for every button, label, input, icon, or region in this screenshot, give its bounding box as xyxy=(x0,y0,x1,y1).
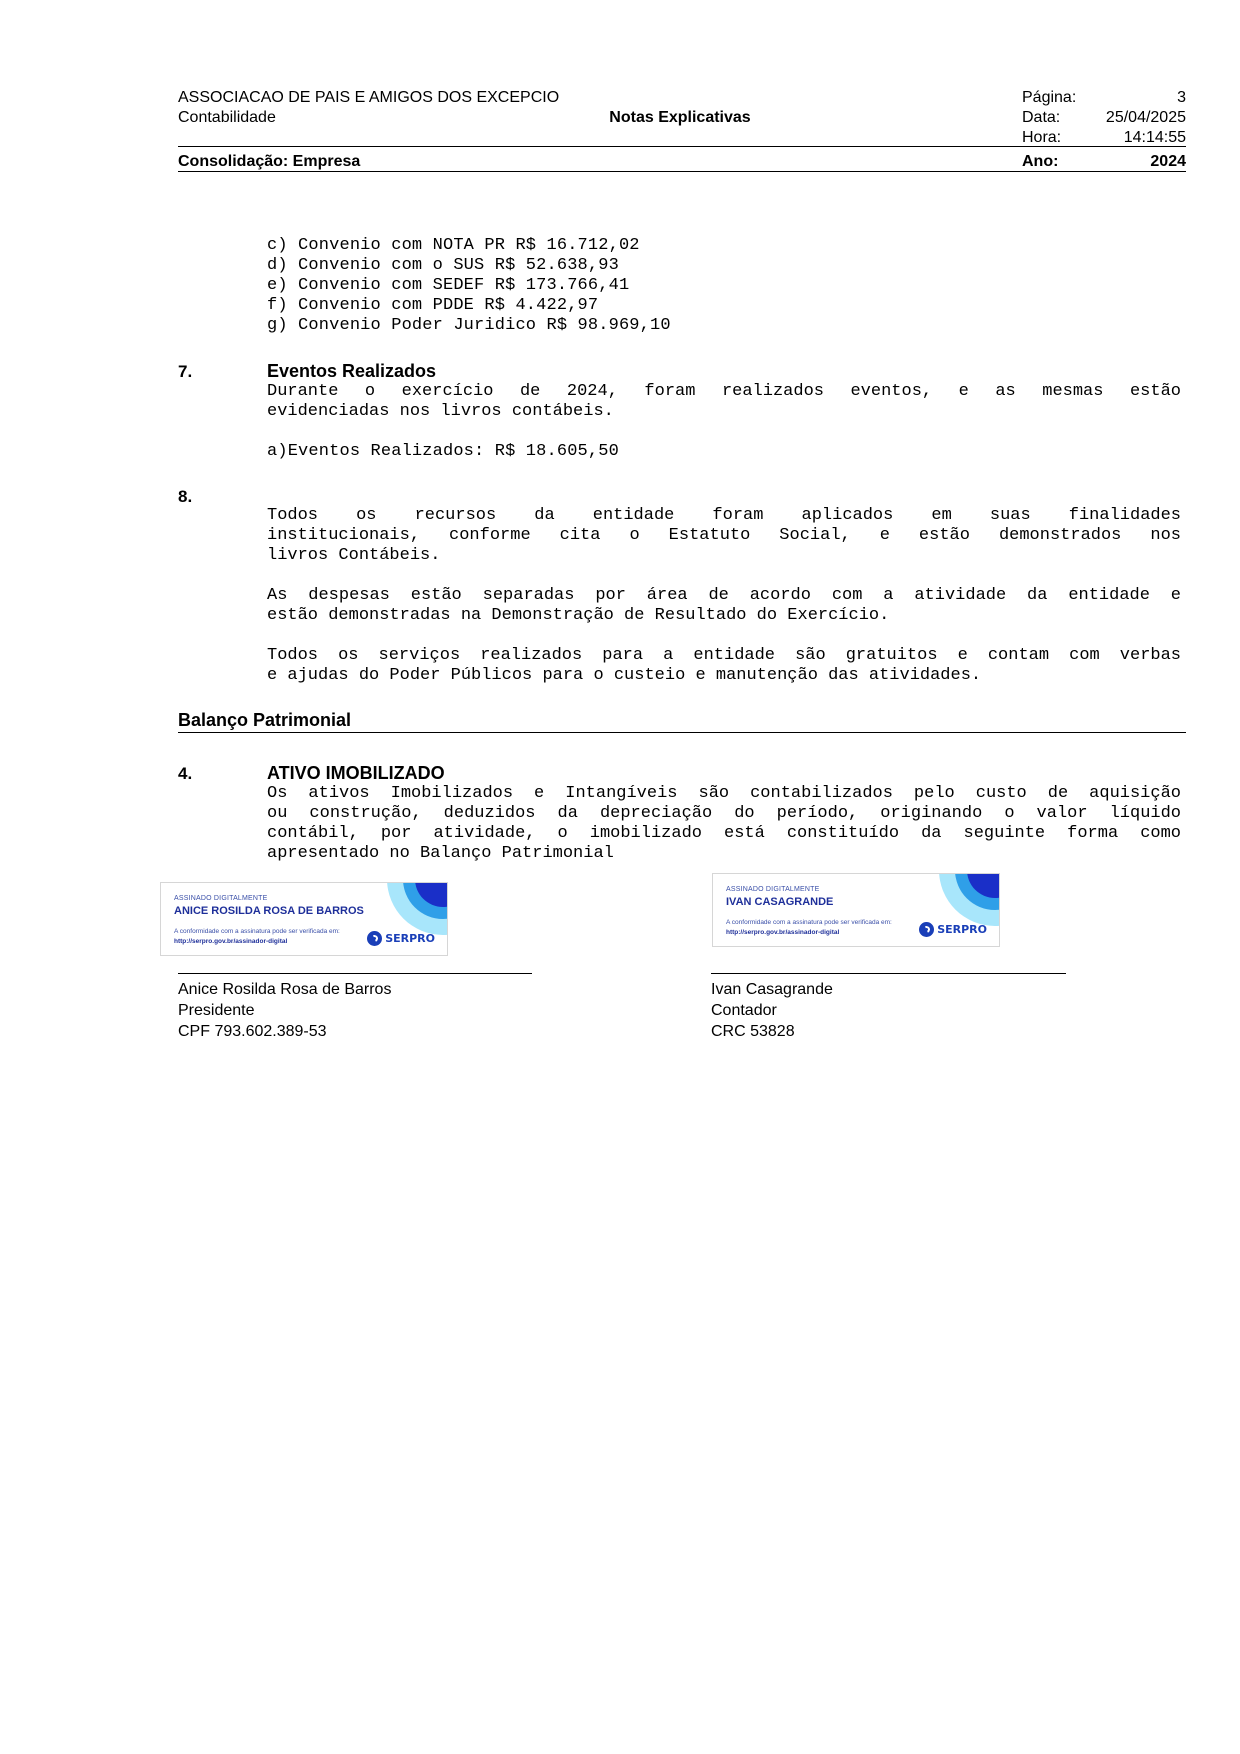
digital-signature-stamp: ASSINADO DIGITALMENTE IVAN CASAGRANDE A … xyxy=(712,873,1000,947)
balanco-heading: Balanço Patrimonial xyxy=(178,710,351,731)
signature-line xyxy=(711,973,1066,974)
serpro-logo-icon xyxy=(919,922,934,937)
paragraph-line: Os ativos Imobilizados e Intangíveis são… xyxy=(267,784,1181,804)
list-item: g) Convenio Poder Juridico R$ 98.969,10 xyxy=(267,316,671,336)
time-label: Hora: xyxy=(1022,128,1061,148)
section-paragraph: Os ativos Imobilizados e Intangíveis são… xyxy=(267,784,1181,864)
header-rule-bottom xyxy=(178,171,1186,172)
digital-signature-stamp: ASSINADO DIGITALMENTE ANICE ROSILDA ROSA… xyxy=(160,882,448,956)
paragraph-line: evidenciadas nos livros contábeis. xyxy=(267,402,1181,422)
events-item: a)Eventos Realizados: R$ 18.605,50 xyxy=(267,442,619,462)
date-value: 25/04/2025 xyxy=(1090,108,1186,128)
paragraph-line: ou construção, deduzidos da depreciação … xyxy=(267,804,1181,824)
section-paragraph: Todos os recursos da entidade foram apli… xyxy=(267,506,1181,566)
year-label: Ano: xyxy=(1022,152,1058,172)
section-paragraph: Todos os serviços realizados para a enti… xyxy=(267,646,1181,686)
list-item: e) Convenio com SEDEF R$ 173.766,41 xyxy=(267,276,671,296)
department-name: Contabilidade xyxy=(178,108,276,128)
signature-line xyxy=(178,973,532,974)
section-number: 4. xyxy=(178,764,192,784)
signer-role: Presidente xyxy=(178,1000,391,1021)
header-rule-top xyxy=(178,146,1186,147)
serpro-logo-icon xyxy=(367,931,382,946)
time-value: 14:14:55 xyxy=(1090,128,1186,148)
list-item: c) Convenio com NOTA PR R$ 16.712,02 xyxy=(267,236,671,256)
signer-document: CPF 793.602.389-53 xyxy=(178,1021,391,1042)
stamp-tag: ASSINADO DIGITALMENTE xyxy=(174,895,268,902)
report-title: Notas Explicativas xyxy=(510,108,850,128)
convenios-list: c) Convenio com NOTA PR R$ 16.712,02 d) … xyxy=(267,236,671,336)
paragraph-line: apresentado no Balanço Patrimonial xyxy=(267,844,1181,864)
page-number: 3 xyxy=(1090,88,1186,108)
signer-name: Ivan Casagrande xyxy=(711,979,833,1000)
organization-name: ASSOCIACAO DE PAIS E AMIGOS DOS EXCEPCIO xyxy=(178,88,559,108)
paragraph-line: Durante o exercício de 2024, foram reali… xyxy=(267,382,1181,402)
section-title: ATIVO IMOBILIZADO xyxy=(267,763,445,784)
balanco-rule xyxy=(178,732,1186,733)
serpro-logo: SERPRO xyxy=(367,931,435,946)
paragraph-line: estão demonstradas na Demonstração de Re… xyxy=(267,606,1181,626)
stamp-verify-url[interactable]: http://serpro.gov.br/assinador-digital xyxy=(726,929,839,936)
list-item: f) Convenio com PDDE R$ 4.422,97 xyxy=(267,296,671,316)
paragraph-line: institucionais, conforme cita o Estatuto… xyxy=(267,526,1181,546)
serpro-logo-text: SERPRO xyxy=(937,923,987,936)
stamp-verify-url[interactable]: http://serpro.gov.br/assinador-digital xyxy=(174,938,287,945)
paragraph-line: contábil, por atividade, o imobilizado e… xyxy=(267,824,1181,844)
section-paragraph: As despesas estão separadas por área de … xyxy=(267,586,1181,626)
stamp-signer-name: ANICE ROSILDA ROSA DE BARROS xyxy=(174,905,364,917)
section-title: Eventos Realizados xyxy=(267,361,436,382)
page-label: Página: xyxy=(1022,88,1076,108)
section-number: 7. xyxy=(178,362,192,382)
paragraph-line: livros Contábeis. xyxy=(267,546,1181,566)
paragraph-line: Todos os recursos da entidade foram apli… xyxy=(267,506,1181,526)
paragraph-line: As despesas estão separadas por área de … xyxy=(267,586,1181,606)
signer-block: Ivan Casagrande Contador CRC 53828 xyxy=(711,979,833,1042)
stamp-tag: ASSINADO DIGITALMENTE xyxy=(726,886,820,893)
date-label: Data: xyxy=(1022,108,1060,128)
year-value: 2024 xyxy=(1090,152,1186,172)
serpro-logo-text: SERPRO xyxy=(385,932,435,945)
signer-block: Anice Rosilda Rosa de Barros Presidente … xyxy=(178,979,391,1042)
consolidation-label: Consolidação: Empresa xyxy=(178,152,360,172)
paragraph-line: Todos os serviços realizados para a enti… xyxy=(267,646,1181,666)
stamp-verify-text: A conformidade com a assinatura pode ser… xyxy=(726,919,892,926)
section-number: 8. xyxy=(178,487,192,507)
section-paragraph: Durante o exercício de 2024, foram reali… xyxy=(267,382,1181,422)
paragraph-line: e ajudas do Poder Públicos para o custei… xyxy=(267,666,1181,686)
stamp-verify-text: A conformidade com a assinatura pode ser… xyxy=(174,928,340,935)
signer-name: Anice Rosilda Rosa de Barros xyxy=(178,979,391,1000)
signer-role: Contador xyxy=(711,1000,833,1021)
serpro-logo: SERPRO xyxy=(919,922,987,937)
list-item: d) Convenio com o SUS R$ 52.638,93 xyxy=(267,256,671,276)
signer-document: CRC 53828 xyxy=(711,1021,833,1042)
stamp-signer-name: IVAN CASAGRANDE xyxy=(726,896,833,908)
